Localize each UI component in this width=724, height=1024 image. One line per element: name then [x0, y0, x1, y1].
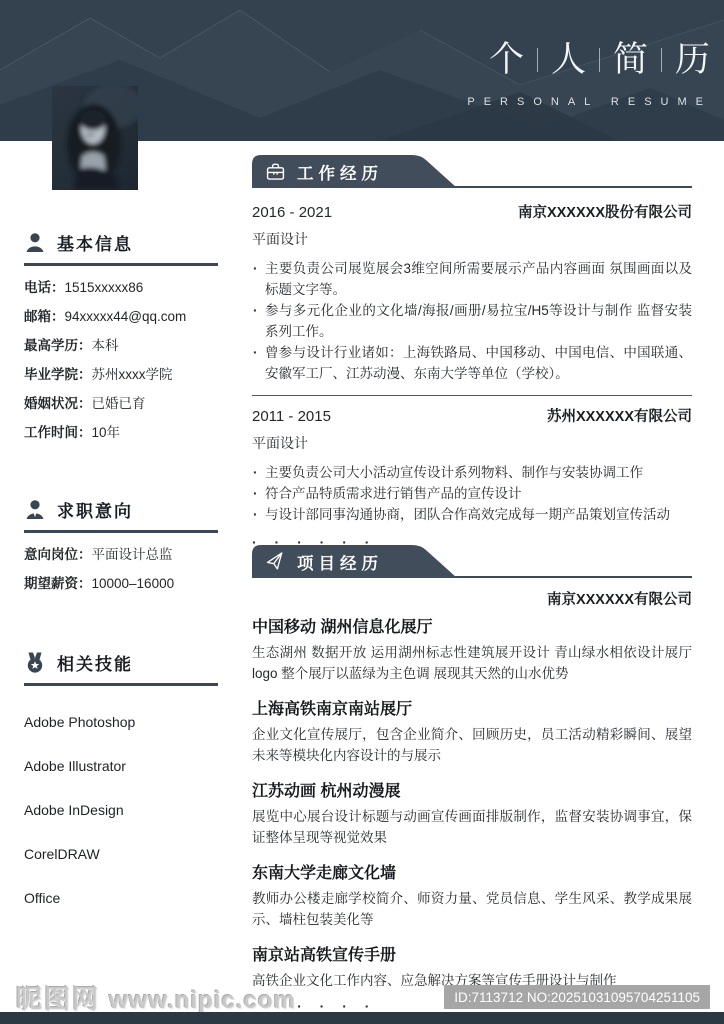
section-badge: 工作经历 [252, 155, 457, 188]
basic-info-header: 基本信息 [24, 230, 218, 266]
info-item: 期望薪资：10000–16000 [24, 577, 218, 591]
title-char: 简 [613, 42, 648, 77]
work-experience-section: 工作经历 2016 - 2021 南京XXXXXX股份有限公司 平面设计 主要负… [252, 155, 692, 550]
job-bullet: 与设计部同事沟通协商，团队合作高效完成每一期产品策划宣传活动 [252, 504, 692, 525]
project-experience-header: 项目经历 [252, 545, 692, 578]
info-item: 电话：1515xxxxx86 [24, 281, 218, 295]
medal-icon [24, 652, 46, 674]
job-intent-list: 意向岗位：平面设计总监 期望薪资：10000–16000 [24, 548, 218, 591]
job-head: 2016 - 2021 南京XXXXXX股份有限公司 [252, 201, 692, 222]
section-badge: 项目经历 [252, 545, 457, 578]
project-entry: 东南大学走廊文化墙 教师办公楼走廊学校简介、师资力量、党员信息、学生风采、教学成… [252, 860, 692, 930]
job-period: 2016 - 2021 [252, 204, 332, 221]
project-title: 江苏动画 杭州动漫展 [252, 778, 692, 801]
title-separator [537, 48, 538, 72]
job-head: 2011 - 2015 苏州XXXXXX有限公司 [252, 405, 692, 426]
title-char: 历 [675, 42, 710, 77]
basic-info-section: 基本信息 电话：1515xxxxx86 邮箱：94xxxxx44@qq.com … [24, 230, 218, 440]
project-desc: 企业文化宣传展厅，包含企业简介、回顾历史，员工活动精彩瞬间、展望未来等模块化内容… [252, 724, 692, 766]
job-bullet: 参与多元化企业的文化墙/海报/画册/易拉宝/H5等设计与制作 监督安装系列工作。 [252, 300, 692, 342]
resume-title: 个 人 简 历 [489, 42, 710, 77]
skill-item: Adobe Photoshop [24, 715, 218, 730]
project-title: 中国移动 湖州信息化展厅 [252, 614, 692, 637]
job-role: 平面设计 [252, 433, 692, 453]
info-item: 工作时间：10年 [24, 426, 218, 440]
project-company: 南京XXXXXX有限公司 [252, 588, 692, 609]
person-tie-icon [24, 499, 46, 520]
skill-item: Adobe Illustrator [24, 759, 218, 774]
project-desc: 生态湖州 数据开放 运用湖州标志性建筑展开设计 青山绿水相依设计展厅 logo … [252, 642, 692, 684]
job-divider [252, 395, 692, 396]
skill-item: Office [24, 891, 218, 906]
section-title: 工作经历 [297, 160, 383, 184]
skill-item: CorelDRAW [24, 847, 218, 862]
info-item: 意向岗位：平面设计总监 [24, 548, 218, 562]
title-char: 个 [489, 42, 524, 77]
project-experience-section: 项目经历 南京XXXXXX有限公司 中国移动 湖州信息化展厅 生态湖州 数据开放… [252, 545, 692, 1014]
project-entry: 南京站高铁宣传手册 高铁企业文化工作内容、应急解决方案等宣传手册设计与制作 [252, 942, 692, 991]
project-desc: 教师办公楼走廊学校简介、师资力量、党员信息、学生风采、教学成果展示、墙柱包装美化… [252, 888, 692, 930]
project-title: 上海高铁南京南站展厅 [252, 696, 692, 719]
info-item: 邮箱：94xxxxx44@qq.com [24, 310, 218, 324]
skill-item: Adobe InDesign [24, 803, 218, 818]
section-title: 求职意向 [57, 497, 133, 522]
watermark-logo: 昵图网 www.nipic.com [16, 979, 296, 1016]
basic-info-list: 电话：1515xxxxx86 邮箱：94xxxxx44@qq.com 最高学历：… [24, 281, 218, 440]
project-desc: 展览中心展台设计标题与动画宣传画面排版制作，监督安装协调事宜，保证整体呈现等视觉… [252, 806, 692, 848]
job-bullet: 曾参与设计行业诸如：上海铁路局、中国移动、中国电信、中国联通、安徽军工厂、江苏动… [252, 342, 692, 384]
job-intent-header: 求职意向 [24, 497, 218, 533]
section-title: 基本信息 [57, 230, 133, 255]
section-title: 相关技能 [57, 650, 133, 675]
info-item: 婚姻状况：已婚已育 [24, 397, 218, 411]
job-bullets: 主要负责公司大小活动宣传设计系列物料、制作与安装协调工作 符合产品特质需求进行销… [252, 462, 692, 525]
job-entry: 2011 - 2015 苏州XXXXXX有限公司 平面设计 主要负责公司大小活动… [252, 405, 692, 550]
watermark-site-name: 昵图网 [16, 979, 100, 1016]
person-icon [24, 232, 46, 253]
job-bullet: 符合产品特质需求进行销售产品的宣传设计 [252, 483, 692, 504]
skills-section: 相关技能 Adobe Photoshop Adobe Illustrator A… [24, 650, 218, 906]
job-intent-section: 求职意向 意向岗位：平面设计总监 期望薪资：10000–16000 [24, 497, 218, 591]
info-item: 毕业学院：苏州xxxx学院 [24, 368, 218, 382]
paper-plane-icon [263, 550, 288, 574]
job-bullets: 主要负责公司展览展会3维空间所需要展示产品内容画面 氛围画面以及标题文字等。 参… [252, 258, 692, 384]
info-item: 最高学历：本科 [24, 339, 218, 353]
title-separator [661, 48, 662, 72]
section-title: 项目经历 [297, 550, 383, 574]
watermark-site-url: www.nipic.com [109, 987, 296, 1015]
work-experience-header: 工作经历 [252, 155, 692, 188]
title-separator [599, 48, 600, 72]
skills-list: Adobe Photoshop Adobe Illustrator Adobe … [24, 715, 218, 906]
profile-photo [52, 86, 138, 190]
footer-bar [0, 1012, 724, 1024]
watermark-id-badge: ID:7113712 NO:20251031095704251105 [444, 985, 710, 1009]
project-title: 南京站高铁宣传手册 [252, 942, 692, 965]
job-company: 南京XXXXXX股份有限公司 [518, 201, 692, 222]
job-entry: 2016 - 2021 南京XXXXXX股份有限公司 平面设计 主要负责公司展览… [252, 201, 692, 384]
title-char: 人 [551, 42, 586, 77]
job-bullet: 主要负责公司大小活动宣传设计系列物料、制作与安装协调工作 [252, 462, 692, 483]
job-role: 平面设计 [252, 229, 692, 249]
project-entry: 中国移动 湖州信息化展厅 生态湖州 数据开放 运用湖州标志性建筑展开设计 青山绿… [252, 614, 692, 684]
job-period: 2011 - 2015 [252, 408, 331, 425]
job-company: 苏州XXXXXX有限公司 [547, 405, 692, 426]
resume-subtitle: PERSONAL RESUME [467, 96, 712, 108]
resume-page: 个 人 简 历 PERSONAL RESUME [0, 0, 724, 1024]
project-entry: 上海高铁南京南站展厅 企业文化宣传展厅，包含企业简介、回顾历史，员工活动精彩瞬间… [252, 696, 692, 766]
project-title: 东南大学走廊文化墙 [252, 860, 692, 883]
skills-header: 相关技能 [24, 650, 218, 686]
job-bullet: 主要负责公司展览展会3维空间所需要展示产品内容画面 氛围画面以及标题文字等。 [252, 258, 692, 300]
project-entry: 江苏动画 杭州动漫展 展览中心展台设计标题与动画宣传画面排版制作，监督安装协调事… [252, 778, 692, 848]
briefcase-icon [265, 162, 286, 182]
